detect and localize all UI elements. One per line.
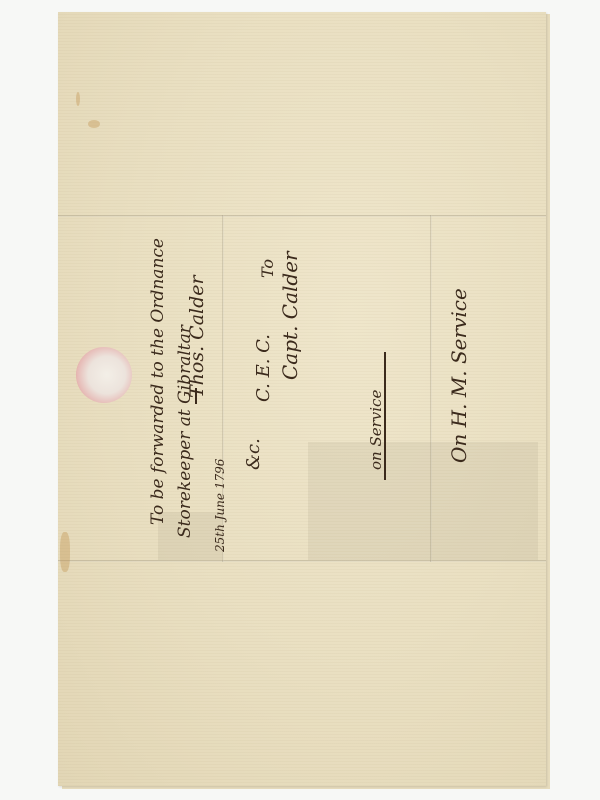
letter-sheet (58, 12, 546, 786)
edge-stain (60, 532, 70, 572)
forwarding-signature: Thos. Calder (186, 275, 208, 398)
endorsement-on-hm-service: On H. M. Service (447, 288, 471, 463)
address-to: To (258, 259, 277, 278)
signature-dash (195, 388, 197, 404)
fold-line-bottom (58, 560, 546, 562)
address-name: Capt. Calder (278, 251, 302, 380)
foxing-stain (76, 92, 80, 106)
address-etc: &c. (243, 438, 264, 470)
address-initials: C. E. C. (253, 334, 274, 402)
fold-line-top (58, 215, 546, 217)
on-service-note: on Service (367, 390, 385, 470)
wax-seal (76, 347, 132, 403)
on-service-underline (384, 352, 386, 480)
forwarding-date: 25th June 1796 (213, 459, 227, 552)
forwarding-note-line1: To be forwarded to the Ordnance (148, 238, 168, 525)
foxing-stain (88, 120, 100, 128)
fold-shadow (308, 442, 538, 560)
